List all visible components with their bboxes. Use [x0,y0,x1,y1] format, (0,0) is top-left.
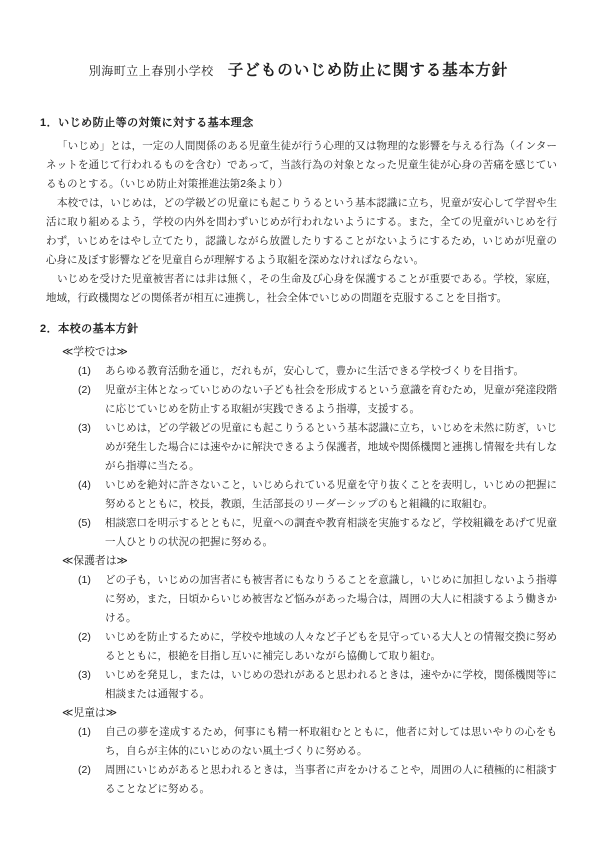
paragraph-victim-protection: いじめを受けた児童被害者には非は無く，その生命及び心身を保護することが重要である… [40,270,557,308]
section2-heading: 2．本校の基本方針 [40,320,557,339]
group-label-parents: ≪保護者は≫ [40,552,557,571]
list-item: (1)あらゆる教育活動を通じ，だれもが，安心して，豊かに生活できる学校づくりを目… [40,362,557,381]
list-item: (3)いじめは，どの学級どの児童にも起こりうるという基本認識に立ち，いじめを未然… [40,419,557,476]
section1-heading: 1．いじめ防止等の対策に対する基本理念 [40,114,557,133]
group-parents: ≪保護者は≫ (1)どの子も，いじめの加害者にも被害者にもなりうることを意識し，… [40,552,557,704]
list-item: (5)相談窓口を明示するとともに，児童への調査や教育相談を実施するなど，学校組織… [40,514,557,552]
list-item-text: 周囲にいじめがあると思われるときは，当事者に声をかけることや，周囲の人に積極的に… [105,764,557,795]
list-item: (1)自己の夢を達成するため，何事にも精一杯取組むとともに，他者に対しては思いや… [40,723,557,761]
list-item-text: あらゆる教育活動を通じ，だれもが，安心して，豊かに生活できる学校づくりを目指す。 [105,365,524,377]
list-item-text: 相談窓口を明示するとともに，児童への調査や教育相談を実施するなど，学校組織をあげ… [105,517,557,548]
school-name: 別海町立上春別小学校 [89,64,214,78]
list-item-number: (4) [78,476,105,495]
group-school: ≪学校では≫ (1)あらゆる教育活動を通じ，だれもが，安心して，豊かに生活できる… [40,343,557,552]
group-children: ≪児童は≫ (1)自己の夢を達成するため，何事にも精一杯取組むとともに，他者に対… [40,704,557,799]
list-item-text: 児童が主体となっていじめのない子ども社会を形成するという意識を育むため，児童が発… [105,384,557,415]
list-item: (4)いじめを絶対に許さないこと，いじめられている児童を守り抜くことを表明し，い… [40,476,557,514]
list-item-number: (1) [78,362,105,381]
list-item-text: どの子も，いじめの加害者にも被害者にもなりうることを意識し，いじめに加担しないよ… [105,574,557,624]
group-label-children: ≪児童は≫ [40,704,557,723]
title-block: 別海町立上春別小学校子どものいじめ防止に関する基本方針 [40,58,557,80]
list-item-text: 自己の夢を達成するため，何事にも精一杯取組むとともに，他者に対しては思いやりの心… [105,726,557,757]
list-item-number: (2) [78,761,105,780]
document-page: 別海町立上春別小学校子どものいじめ防止に関する基本方針 1．いじめ防止等の対策に… [0,0,595,841]
list-item-text: いじめは，どの学級どの児童にも起こりうるという基本認識に立ち，いじめを未然に防ぎ… [105,422,557,472]
list-item-number: (1) [78,723,105,742]
list-item-number: (2) [78,628,105,647]
list-item-number: (3) [78,666,105,685]
list-item-number: (1) [78,571,105,590]
section-school-policy: 2．本校の基本方針 ≪学校では≫ (1)あらゆる教育活動を通じ，だれもが，安心し… [40,320,557,799]
list-item-text: いじめを発見し，または，いじめの恐れがあると思われるときは，速やかに学校，関係機… [105,669,557,700]
list-item: (2)周囲にいじめがあると思われるときは，当事者に声をかけることや，周囲の人に積… [40,761,557,799]
document-title: 子どものいじめ防止に関する基本方針 [228,62,509,79]
paragraph-school-recognition: 本校では，いじめは，どの学級どの児童にも起こりうるという基本認識に立ち，児童が安… [40,194,557,270]
paragraph-ijime-definition: 「いじめ」とは，一定の人間関係のある児童生徒が行う心理的又は物理的な影響を与える… [40,137,557,194]
list-item-text: いじめを防止するために，学校や地域の人々など子どもを見守っている大人との情報交換… [105,631,557,662]
section-basic-principles: 1．いじめ防止等の対策に対する基本理念 「いじめ」とは，一定の人間関係のある児童… [40,114,557,308]
list-item-number: (5) [78,514,105,533]
list-item: (1)どの子も，いじめの加害者にも被害者にもなりうることを意識し，いじめに加担し… [40,571,557,628]
list-item: (3)いじめを発見し，または，いじめの恐れがあると思われるときは，速やかに学校，… [40,666,557,704]
list-item-number: (2) [78,381,105,400]
list-item: (2)いじめを防止するために，学校や地域の人々など子どもを見守っている大人との情… [40,628,557,666]
list-item-number: (3) [78,419,105,438]
list-item-text: いじめを絶対に許さないこと，いじめられている児童を守り抜くことを表明し，いじめの… [105,479,557,510]
group-label-school: ≪学校では≫ [40,343,557,362]
list-item: (2)児童が主体となっていじめのない子ども社会を形成するという意識を育むため，児… [40,381,557,419]
